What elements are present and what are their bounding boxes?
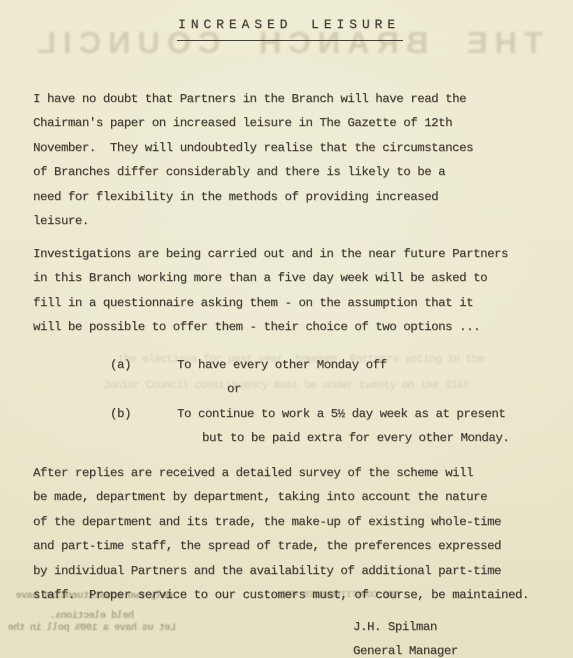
letter-body: INCREASED LEISURE I have no doubt that P… xyxy=(0,0,573,658)
option-separator: or xyxy=(227,377,547,402)
signature-name: J.H. Spilman xyxy=(353,615,547,640)
option-b-label: (b) xyxy=(110,402,177,427)
document-page: THE BRANCH COUNCIL the elections for pas… xyxy=(0,0,573,658)
paragraph-investigations: Investigations are being carried out and… xyxy=(33,242,547,340)
option-a-label: (a) xyxy=(110,353,177,378)
option-b-text-line1: To continue to work a 5½ day week as at … xyxy=(177,407,505,421)
option-b-row: (b)To continue to work a 5½ day week as … xyxy=(110,402,547,427)
option-a-text: To have every other Monday off xyxy=(177,358,387,372)
title-row: INCREASED LEISURE xyxy=(33,13,547,41)
paragraph-survey: After replies are received a detailed su… xyxy=(33,461,547,608)
signature-block: J.H. Spilman General Manager xyxy=(353,615,547,658)
signature-role: General Manager xyxy=(353,639,547,658)
document-title: INCREASED LEISURE xyxy=(177,13,403,41)
options-list: (a)To have every other Monday off or (b)… xyxy=(110,353,547,451)
paragraph-intro: I have no doubt that Partners in the Bra… xyxy=(33,87,547,234)
option-a-row: (a)To have every other Monday off xyxy=(110,353,547,378)
option-b-text-line2: but to be paid extra for every other Mon… xyxy=(202,426,547,451)
